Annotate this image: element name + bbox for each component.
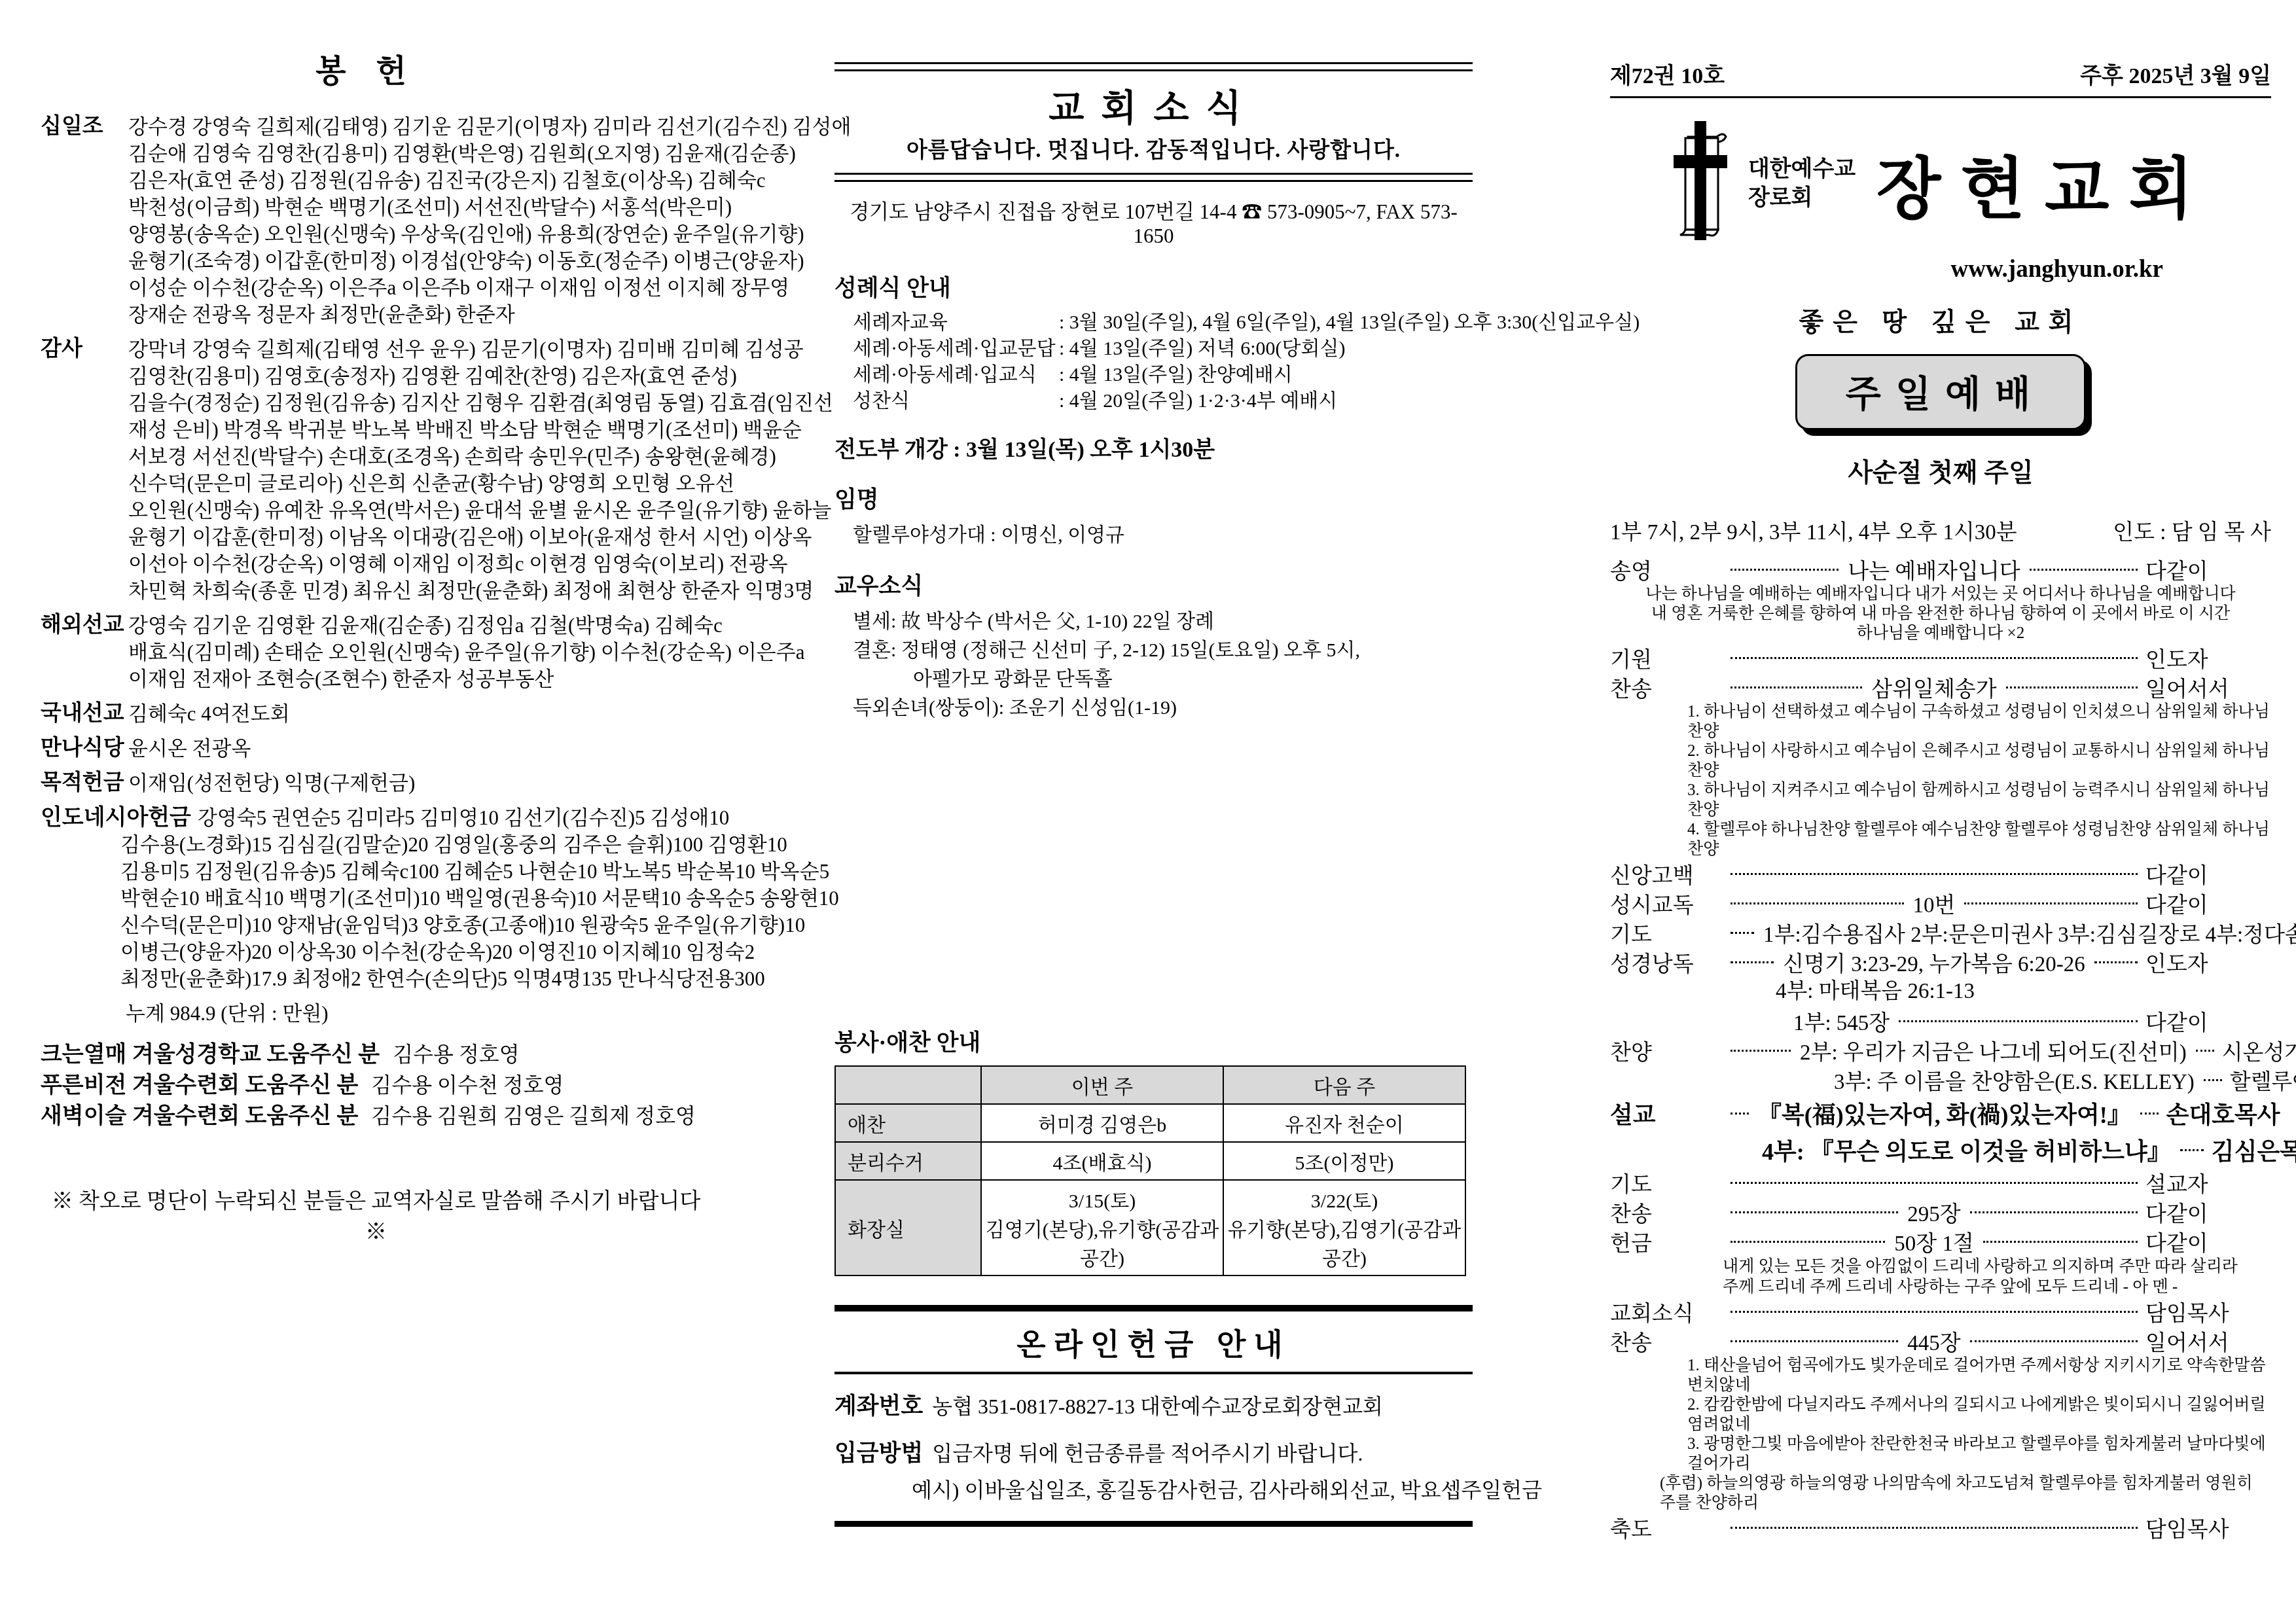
appointment-line: 할렐루야성가대 : 이명신, 이영규 (853, 521, 1473, 550)
hymn-verse: 4. 할렐루야 하나님찬양 할렐루야 예수님찬양 할렐루야 성령님찬양 삼위일체… (1610, 820, 2271, 859)
name-line: 김순애 김영숙 김영찬(김용미) 김영환(박은영) 김원희(오지영) 김윤재(김… (128, 140, 851, 167)
cell-next-week: 유진자 천순이 (1223, 1104, 1465, 1142)
dotted-leader (1731, 1211, 1898, 1213)
dotted-leader (1731, 902, 1904, 904)
order-row-responsive-reading: 성시교독 10번 다같이 (1610, 889, 2271, 918)
evangelism-opening: 전도부 개강 : 3월 13일(목) 오후 1시30분 (834, 431, 1473, 463)
column-header-next-week: 다음 주 (1223, 1066, 1465, 1104)
table-row: 애찬 허미경 김영은b 유진자 천순이 (835, 1104, 1465, 1142)
name-line: 김을수(경정순) 김정원(김유송) 김지산 김형우 김환겸(최영림 동열) 김효… (128, 389, 833, 416)
order-label: 성경낭독 (1610, 947, 1723, 978)
church-address: 경기도 남양주시 진접읍 장현로 107번길 14-4 ☎ 573-0905~7… (834, 195, 1473, 248)
name-list: 강영숙 김기운 김영환 김윤재(김순종) 김정임a 김철(박명숙a) 김혜숙c … (124, 612, 804, 692)
praise-item: 1부: 545장 (1792, 1006, 1891, 1037)
order-performer: 다같이 (2145, 554, 2271, 585)
cell-next-week: 3/22(토) 유기향(본당),김영기(공감과공간) (1223, 1180, 1465, 1275)
order-row-offering: 헌금 50장 1절 다같이 (1610, 1227, 2271, 1257)
order-row-doxology: 송영 나는 예배자입니다 다같이 (1610, 555, 2271, 584)
order-row-hymn-445: 찬송 445장 일어서서 (1610, 1327, 2271, 1356)
order-row-scripture: 성경낭독 신명기 3:23-29, 누가복음 6:20-26 인도자 (1610, 948, 2271, 977)
member-news-section: 교우소식 별세: 故 박상수 (박서은 父, 1-10) 22일 장례 결혼: … (834, 568, 1473, 722)
dotted-leader (1731, 1182, 2138, 1184)
appointment-heading: 임명 (834, 482, 1473, 514)
row-label: 애찬 (835, 1104, 981, 1142)
service-duty-heading: 봉사·애찬 안내 (834, 1025, 1473, 1058)
member-news-line: 득외손녀(쌍둥이): 조운기 신성임(1-19) (853, 694, 1473, 722)
order-label: 축도 (1610, 1512, 1723, 1543)
issue-number: 제72권 10호 (1610, 58, 1725, 90)
order-label: 헌금 (1610, 1226, 1723, 1257)
order-performer: 다같이 (2145, 859, 2271, 889)
sacrament-value: : 4월 20일(주일) 1·2·3·4부 예배시 (1059, 388, 1473, 414)
name-line: 윤형기 이갑훈(한미정) 이남옥 이대광(김은애) 이보아(윤재성 한서 시언)… (128, 524, 833, 550)
order-performer: 담임목사 (2145, 1512, 2271, 1543)
praise-item: 2부: 우리가 지금은 나그네 되어도(진선미) (1799, 1035, 2188, 1066)
sunday-service-badge: 주일예배 (1795, 354, 2086, 430)
table-row: 분리수거 4조(배효식) 5조(이정만) (835, 1142, 1465, 1180)
column-header-this-week: 이번 주 (981, 1066, 1223, 1104)
hymn-verse: 3. 광명한그빛 마음에받아 찬란한천국 바라보고 할렐루야를 힘차게불러 날마… (1610, 1435, 2271, 1474)
method-line: 입금방법입금자명 뒤에 헌금종류를 적어주시기 바랍니다. (834, 1438, 1473, 1469)
account-line: 계좌번호농협 351-0817-8827-13 대한예수교장로회장현교회 (834, 1391, 1473, 1421)
order-label: 찬양 (1610, 1035, 1723, 1066)
order-label: 찬송 (1610, 1197, 1723, 1228)
member-news-line: 아펠가모 광화문 단독홀 (913, 665, 1473, 694)
praise-item: 3부: 주 이름을 찬양함은(E.S. KELLEY) (1833, 1065, 2196, 1096)
hymn-verse: 1. 태산을넘어 험곡에가도 빛가운데로 걸어가면 주께서항상 지키시기로 약속… (1610, 1356, 2271, 1395)
section-label: 국내선교 (41, 700, 124, 727)
lyrics-line: 나는 하나님을 예배하는 예배자입니다 내가 서있는 곳 어디서나 하나님을 예… (1610, 584, 2271, 604)
helper-row: 크는열매 겨울성경학교 도움주신 분김수용 정호영 (41, 1039, 711, 1070)
name-line: 강영숙 김기운 김영환 김윤재(김순종) 김정임a 김철(박명숙a) 김혜숙c (128, 612, 804, 639)
thin-rule (834, 1372, 1473, 1374)
method-text: 입금자명 뒤에 헌금종류를 적어주시기 바랍니다. (932, 1442, 1363, 1465)
order-row-sermon: 설교 『복(福)있는자여, 화(禍)있는자여!』 손대호목사 (1610, 1095, 2271, 1132)
dotted-leader (1731, 1113, 1749, 1115)
name-line: 김용미5 김정원(김유송)5 김혜숙c100 김혜순5 나현순10 박노복5 박… (41, 858, 711, 885)
dotted-leader (2006, 687, 2138, 688)
order-row-prayer: 기도 1부:김수용집사 2부:문은미권사 3부:김심길장로 4부:정다솜 (1610, 918, 2271, 948)
helper-row: 새벽이슬 겨울수련회 도움주신 분김수용 김원희 김영은 길희제 정호영 (41, 1101, 711, 1132)
name-line: 윤형기(조숙경) 이갑훈(한미정) 이경섭(안양숙) 이동호(정순주) 이병근(… (128, 247, 851, 274)
cell-this-week: 4조(배효식) (981, 1142, 1223, 1180)
name-list: 강수경 강영숙 길희제(김태영) 김기운 김문기(이명자) 김미라 김선기(김수… (124, 113, 851, 328)
order-performer: 시온성가대 (2222, 1035, 2296, 1066)
name-line: 신수덕(문은미 글로리아) 신은희 신춘균(황수남) 양영희 오민형 오유선 (128, 470, 833, 497)
helper-label: 푸른비전 겨울수련회 도움주신 분 (41, 1073, 358, 1097)
order-row-praise-3: 3부: 주 이름을 찬양함은(E.S. KELLEY) 할렐루야성가대 (1610, 1065, 2271, 1095)
helper-label: 새벽이슬 겨울수련회 도움주신 분 (41, 1104, 358, 1128)
section-label: 십일조 (41, 113, 124, 328)
tithe-section: 십일조 강수경 강영숙 길희제(김태영) 김기운 김문기(이명자) 김미라 김선… (41, 113, 711, 328)
dotted-leader (2140, 1113, 2159, 1115)
service-leader: 인도 : 담 임 목 사 (2113, 515, 2271, 546)
denomination-line: 대한예수교 (1748, 155, 1859, 184)
dotted-leader (1731, 1527, 2138, 1529)
name-line: 이재임(성전헌당) 익명(구제헌금) (128, 770, 711, 796)
order-label: 송영 (1610, 554, 1723, 585)
order-performer: 일어서서 (2145, 672, 2271, 703)
service-title-wrap: 주일예배 (1610, 354, 2271, 430)
dotted-leader (1731, 1241, 1885, 1243)
dotted-leader (2030, 569, 2138, 571)
scripture-extra: 4부: 마태복음 26:1-13 (1610, 977, 2271, 1007)
name-line: 이성순 이수천(강순옥) 이은주a 이은주b 이재구 이재임 이정선 이지혜 장… (128, 274, 851, 301)
name-line: 재성 은비) 박경옥 박귀분 박노복 박배진 박소담 박현순 백명기(조선미) … (128, 416, 833, 443)
name-line: 이병근(양윤자)20 이상옥30 이수천(강순옥)20 이영진10 이지혜10 … (41, 938, 711, 965)
helper-row: 푸른비전 겨울수련회 도움주신 분김수용 이수천 정호영 (41, 1070, 711, 1101)
dotted-leader (2204, 1079, 2222, 1081)
cell-line: 3/22(토) (1227, 1185, 1462, 1213)
order-performer: 인도자 (2145, 643, 2271, 673)
helper-names: 김수용 이수천 정호영 (371, 1073, 564, 1097)
name-line: 김영찬(김용미) 김영호(송정자) 김영환 김예찬(찬영) 김은자(효연 준성) (128, 363, 833, 389)
order-label: 기도 (1610, 918, 1723, 948)
table-corner-cell (835, 1066, 981, 1104)
online-offering-title: 온라인헌금 안내 (834, 1311, 1473, 1372)
order-label: 성시교독 (1610, 888, 1723, 919)
overseas-mission-section: 해외선교 강영숙 김기운 김영환 김윤재(김순종) 김정임a 김철(박명숙a) … (41, 612, 711, 692)
cell-line: 유기향(본당),김영기(공감과공간) (1227, 1213, 1462, 1271)
section-label: 만나식당 (41, 735, 124, 762)
sacrament-heading: 성례식 안내 (834, 270, 1473, 303)
member-news-line: 별세: 故 박상수 (박서은 父, 1-10) 22일 장례 (853, 607, 1473, 636)
order-performer: 다같이 (2145, 1197, 2271, 1228)
row-label: 화장실 (835, 1180, 981, 1275)
sacrament-value: : 4월 13일(주일) 저녁 6:00(당회실) (1059, 336, 1473, 362)
service-duty-table: 이번 주 다음 주 애찬 허미경 김영은b 유진자 천순이 분리수거 4조(배효… (834, 1065, 1466, 1276)
thick-rule (834, 1521, 1473, 1527)
dotted-leader (1964, 902, 2138, 904)
order-performer: 담임목사 (2145, 1296, 2271, 1327)
row-label: 분리수거 (835, 1142, 981, 1180)
dotted-leader (2094, 961, 2138, 963)
order-row-announcements: 교회소식 담임목사 (1610, 1297, 2271, 1327)
order-label: 교회소식 (1610, 1296, 1723, 1327)
preacher-name: 손대호목사 (2166, 1097, 2280, 1130)
sacrament-item: 세례·아동세례·입교식 : 4월 13일(주일) 찬양예배시 (834, 362, 1473, 388)
dotted-leader (1731, 687, 1862, 688)
scripture-passages: 신명기 3:23-29, 누가복음 6:20-26 (1782, 947, 2086, 978)
dotted-leader (1731, 961, 1774, 963)
sacrament-value: : 3월 30일(주일), 4월 6일(주일), 4월 13일(주일) 오후 3… (1059, 310, 1640, 336)
dotted-leader (2180, 1149, 2204, 1151)
dotted-leader (2196, 1050, 2214, 1052)
order-row-invocation: 기원 인도자 (1610, 643, 2271, 673)
table-row: 화장실 3/15(토) 김영기(본당),유기향(공감과공간) 3/22(토) 유… (835, 1180, 1465, 1275)
name-line: 이선아 이수천(강순옥) 이영혜 이재임 이정희c 이현경 임영숙(이보리) 전… (128, 550, 833, 577)
order-label: 신앙고백 (1610, 859, 1723, 889)
dotted-leader (1731, 873, 2138, 875)
order-row-hymn-295: 찬송 295장 다같이 (1610, 1198, 2271, 1227)
order-performer: 다같이 (2145, 1006, 2271, 1037)
order-performer: 할렐루야성가대 (2230, 1065, 2296, 1096)
sacrament-key: 세례자교육 (853, 310, 1059, 336)
name-line: 윤시온 전광옥 (128, 735, 711, 762)
appointment-section: 임명 할렐루야성가대 : 이명신, 이영규 (834, 482, 1473, 550)
cell-line: 김영기(본당),유기향(공감과공간) (984, 1213, 1220, 1271)
offering-title: 봉헌 (41, 46, 711, 91)
thanksgiving-section: 감사 강막녀 강영숙 길희제(김태영 선우 윤우) 김문기(이명자) 김미배 김… (41, 336, 711, 604)
name-line: 강막녀 강영숙 길희제(김태영 선우 윤우) 김문기(이명자) 김미배 김미혜 … (128, 336, 833, 363)
dotted-leader (1731, 569, 1839, 571)
lyrics-line: 내게 있는 모든 것을 아낌없이 드리네 사랑하고 의지하며 주만 따라 살리라 (1610, 1257, 2271, 1277)
cell-this-week: 허미경 김영은b (981, 1104, 1223, 1142)
church-website: www.janghyun.or.kr (1610, 255, 2271, 283)
dotted-leader (1731, 1050, 1791, 1052)
cell-next-week: 5조(이정만) (1223, 1142, 1465, 1180)
member-news-line: 결혼: 정태영 (정해근 신선미 子, 2-12) 15일(토요일) 오후 5시… (853, 636, 1473, 665)
hymn-number: 50장 1절 (1893, 1226, 1975, 1257)
order-row-prayer-2: 기도 설교자 (1610, 1168, 2271, 1198)
hymn-number: 445장 (1906, 1326, 1962, 1357)
order-row-hymn: 찬송 삼위일체송가 일어서서 (1610, 673, 2271, 702)
news-title: 교회소식 (834, 79, 1473, 132)
order-performer: 일어서서 (2145, 1326, 2271, 1357)
sacrament-key: 성찬식 (853, 388, 1059, 414)
thick-rule (834, 1305, 1473, 1311)
sacrament-key: 세례·아동세례·입교문답 (853, 336, 1059, 362)
news-subtitle: 아름답습니다. 멋집니다. 감동적입니다. 사랑합니다. (834, 133, 1473, 164)
sermon-title: 4부: 『무슨 의도로 이것을 허비하느냐』 (1761, 1133, 2172, 1167)
rule (1610, 96, 2271, 98)
lyrics-line: 하나님을 예배합니다 ×2 (1610, 624, 2271, 643)
order-label: 설교 (1610, 1097, 1723, 1130)
hymn-verse: 1. 하나님이 선택하셨고 예수님이 구속하셨고 성령님이 인치셨으니 삼위일체… (1610, 702, 2271, 741)
online-offering-section: 온라인헌금 안내 계좌번호농협 351-0817-8827-13 대한예수교장로… (834, 1305, 1473, 1527)
sacrament-item: 성찬식 : 4월 20일(주일) 1·2·3·4부 예배시 (834, 388, 1473, 414)
liturgical-season: 사순절 첫째 주일 (1610, 452, 2271, 489)
section-label: 감사 (41, 336, 124, 604)
section-label: 목적헌금 (41, 770, 124, 796)
service-duty-section: 봉사·애찬 안내 이번 주 다음 주 애찬 허미경 김영은b 유진자 천순이 분… (834, 1025, 1473, 1276)
bulletin-date: 주후 2025년 3월 9일 (2080, 58, 2271, 90)
prayer-assignments: 1부:김수용집사 2부:문은미권사 3부:김심길장로 4부:정다솜 (1762, 918, 2296, 948)
lyrics-line: 내 영혼 거룩한 은혜를 향하여 내 마음 완전한 하나님 향하여 이 곳에서 … (1610, 604, 2271, 624)
church-name: 장현교회 (1876, 136, 2213, 232)
section-label: 인도네시아헌금 (41, 806, 191, 830)
name-line: 강영숙5 권연순5 김미라5 김미영10 김선기(김수진)5 김성애10 (198, 806, 729, 829)
dotted-leader (1731, 657, 2138, 659)
member-news-heading: 교우소식 (834, 568, 1473, 601)
offering-total: 누계 984.9 (단위 : 만원) (41, 999, 711, 1029)
offering-column: 봉헌 십일조 강수경 강영숙 길희제(김태영) 김기운 김문기(이명자) 김미라… (41, 46, 711, 1245)
service-times-row: 1부 7시, 2부 9시, 3부 11시, 4부 오후 1시30분 인도 : 담… (1610, 515, 2271, 546)
order-item: 삼위일체송가 (1870, 672, 1998, 703)
dotted-leader (1731, 1311, 2138, 1313)
name-line: 강수경 강영숙 길희제(김태영) 김기운 김문기(이명자) 김미라 김선기(김수… (128, 113, 851, 140)
name-line: 차민혁 차희숙(종훈 민경) 최유신 최정만(윤춘화) 최정애 최현상 한준자 … (128, 577, 833, 604)
lyrics-line: 주께 드리네 주께 드리네 사랑하는 구주 앞에 모두 드리네 - 아 멘 - (1610, 1277, 2271, 1297)
account-label: 계좌번호 (834, 1393, 923, 1419)
sacrament-item: 세례·아동세례·입교문답 : 4월 13일(주일) 저녁 6:00(당회실) (834, 336, 1473, 362)
dotted-leader (1970, 1340, 2138, 1342)
order-row-benediction: 축도 담임목사 (1610, 1513, 2271, 1543)
name-line: 이재임 전재아 조현승(조현수) 한준자 성공부동산 (128, 666, 804, 692)
sermon-title: 『복(福)있는자여, 화(禍)있는자여!』 (1757, 1097, 2132, 1130)
name-line: 박천성(이금희) 박현순 백명기(조선미) 서선진(박달수) 서홍석(박은미) (128, 194, 851, 221)
name-line: 신수덕(문은미)10 양재남(윤임덕)3 양호종(고종애)10 원광숙5 윤주일… (41, 912, 711, 938)
hymn-number: 295장 (1906, 1197, 1962, 1228)
sacrament-value: : 4월 13일(주일) 찬양예배시 (1059, 362, 1473, 388)
hymn-verse: 2. 캄캄한밤에 다닐지라도 주께서나의 길되시고 나에게밝은 빛이되시니 길잃… (1610, 1395, 2271, 1435)
indonesia-offering-section: 인도네시아헌금강영숙5 권연순5 김미라5 김미영10 김선기(김수진)5 김성… (41, 804, 711, 992)
double-rule (834, 173, 1473, 182)
dotted-leader (1899, 1020, 2138, 1022)
name-line: 김은자(효연 준성) 김정원(김유송) 김진국(강은지) 김철호(이상옥) 김혜… (128, 167, 851, 194)
dotted-leader (1731, 932, 1754, 934)
name-line: 박현순10 배효식10 백명기(조선미)10 백일영(권용숙)10 서문택10 … (41, 885, 711, 912)
manna-cafeteria-section: 만나식당 윤시온 전광옥 (41, 735, 711, 762)
cross-and-scroll-icon (1668, 118, 1731, 249)
order-row-praise-1: 1부: 545장 다같이 (1610, 1007, 2271, 1036)
name-line: 최정만(윤춘화)17.9 최정애2 한연수(손의단)5 익명4명135 만나식당… (41, 965, 711, 992)
order-row-creed: 신앙고백 다같이 (1610, 859, 2271, 889)
sacrament-item: 세례자교육 : 3월 30일(주일), 4월 6일(주일), 4월 13일(주일… (834, 310, 1473, 336)
designated-offering-section: 목적헌금 이재임(성전헌당) 익명(구제헌금) (41, 770, 711, 796)
order-item: 10번 (1912, 888, 1957, 919)
helper-names: 김수용 김원희 김영은 길희제 정호영 (371, 1104, 696, 1128)
dotted-leader (1731, 1340, 1898, 1342)
name-line: 장재순 전광옥 정문자 최정만(윤춘화) 한준자 (128, 301, 851, 328)
indonesia-first-line: 인도네시아헌금강영숙5 권연순5 김미라5 김미영10 김선기(김수진)5 김성… (41, 804, 711, 831)
omission-notice: ※ 착오로 명단이 누락되신 분들은 교역자실로 말씀해 주시기 바랍니다 ※ (41, 1184, 711, 1245)
order-performer: 설교자 (2145, 1168, 2271, 1198)
hymn-verse: 3. 하나님이 지켜주시고 예수님이 함께하시고 성령님이 능력주시니 삼위일체… (1610, 781, 2271, 820)
church-slogan: 좋은 땅 깊은 교회 (1610, 302, 2271, 338)
order-label: 찬송 (1610, 1326, 1723, 1357)
domestic-mission-section: 국내선교 김혜숙c 4여전도회 (41, 700, 711, 727)
hymn-verse: 2. 하나님이 사랑하시고 예수님이 은혜주시고 성령님이 교통하시니 삼위일체… (1610, 741, 2271, 781)
church-news-column: 교회소식 아름답습니다. 멋집니다. 감동적입니다. 사랑합니다. 경기도 남양… (834, 62, 1473, 1527)
hymn-refrain: (후렴) 하늘의영광 하늘의영광 나의맘속에 차고도넘쳐 할렐루야를 힘차게불러… (1610, 1474, 2271, 1513)
method-label: 입금방법 (834, 1440, 923, 1466)
dotted-leader (1970, 1211, 2138, 1213)
order-label: 기원 (1610, 643, 1723, 673)
order-performer: 다같이 (2145, 888, 2271, 919)
name-line: 김수용(노경화)15 김심길(김말순)20 김영일(홍중의 김주은 슬휘)100… (41, 831, 711, 858)
helper-names: 김수용 정호영 (393, 1043, 519, 1066)
cell-line: 3/15(토) (984, 1185, 1220, 1213)
sacrament-key: 세례·아동세례·입교식 (853, 362, 1059, 388)
worship-column: 제72권 10호 주후 2025년 3월 9일 대한예수교 장로회 장현교회 w… (1610, 58, 2271, 1543)
service-times: 1부 7시, 2부 9시, 3부 11시, 4부 오후 1시30분 (1610, 515, 2017, 546)
order-row-praise-2: 찬양 2부: 우리가 지금은 나그네 되어도(진선미) 시온성가대 (1610, 1036, 2271, 1065)
masthead: 제72권 10호 주후 2025년 3월 9일 (1610, 58, 2271, 96)
order-performer: 다같이 (2145, 1226, 2271, 1257)
section-label: 해외선교 (41, 612, 124, 692)
denomination-text: 대한예수교 장로회 (1748, 155, 1859, 213)
name-line: 배효식(김미례) 손태순 오인원(신맹숙) 윤주일(유기향) 이수천(강순옥) … (128, 639, 804, 666)
name-line: 서보경 서선진(박달수) 손대호(조경옥) 손희락 송민우(민주) 송왕현(윤혜… (128, 443, 833, 470)
helper-label: 크는열매 겨울성경학교 도움주신 분 (41, 1043, 380, 1067)
order-item: 나는 예배자입니다 (1846, 554, 2021, 585)
denomination-line: 장로회 (1748, 184, 1859, 213)
double-rule (834, 62, 1473, 71)
order-label: 찬송 (1610, 672, 1723, 703)
order-performer: 인도자 (2145, 947, 2271, 978)
example-line: 예시) 이바울십일조, 홍길동감사헌금, 김사라해외선교, 박요셉주일헌금 (912, 1474, 1473, 1504)
account-number: 농협 351-0817-8827-13 대한예수교장로회장현교회 (932, 1395, 1383, 1418)
name-list: 강막녀 강영숙 길희제(김태영 선우 윤우) 김문기(이명자) 김미배 김미혜 … (124, 336, 833, 604)
name-line: 양영봉(송옥순) 오인원(신맹숙) 우상욱(김인애) 유용희(장연순) 윤주일(… (128, 221, 851, 247)
dotted-leader (1983, 1241, 2138, 1243)
order-row-sermon-4th: 4부: 『무슨 의도로 이것을 허비하느냐』 김심은목사 (1610, 1132, 2271, 1168)
preacher-name: 김심은목사 (2212, 1133, 2296, 1167)
order-label: 기도 (1610, 1168, 1723, 1198)
name-line: 오인원(신맹숙) 유예찬 유옥연(박서은) 윤대석 윤별 윤시온 윤주일(유기향… (128, 497, 833, 524)
church-logo: 대한예수교 장로회 장현교회 (1610, 115, 2271, 253)
name-line: 김혜숙c 4여전도회 (128, 700, 711, 727)
cell-this-week: 3/15(토) 김영기(본당),유기향(공감과공간) (981, 1180, 1223, 1275)
